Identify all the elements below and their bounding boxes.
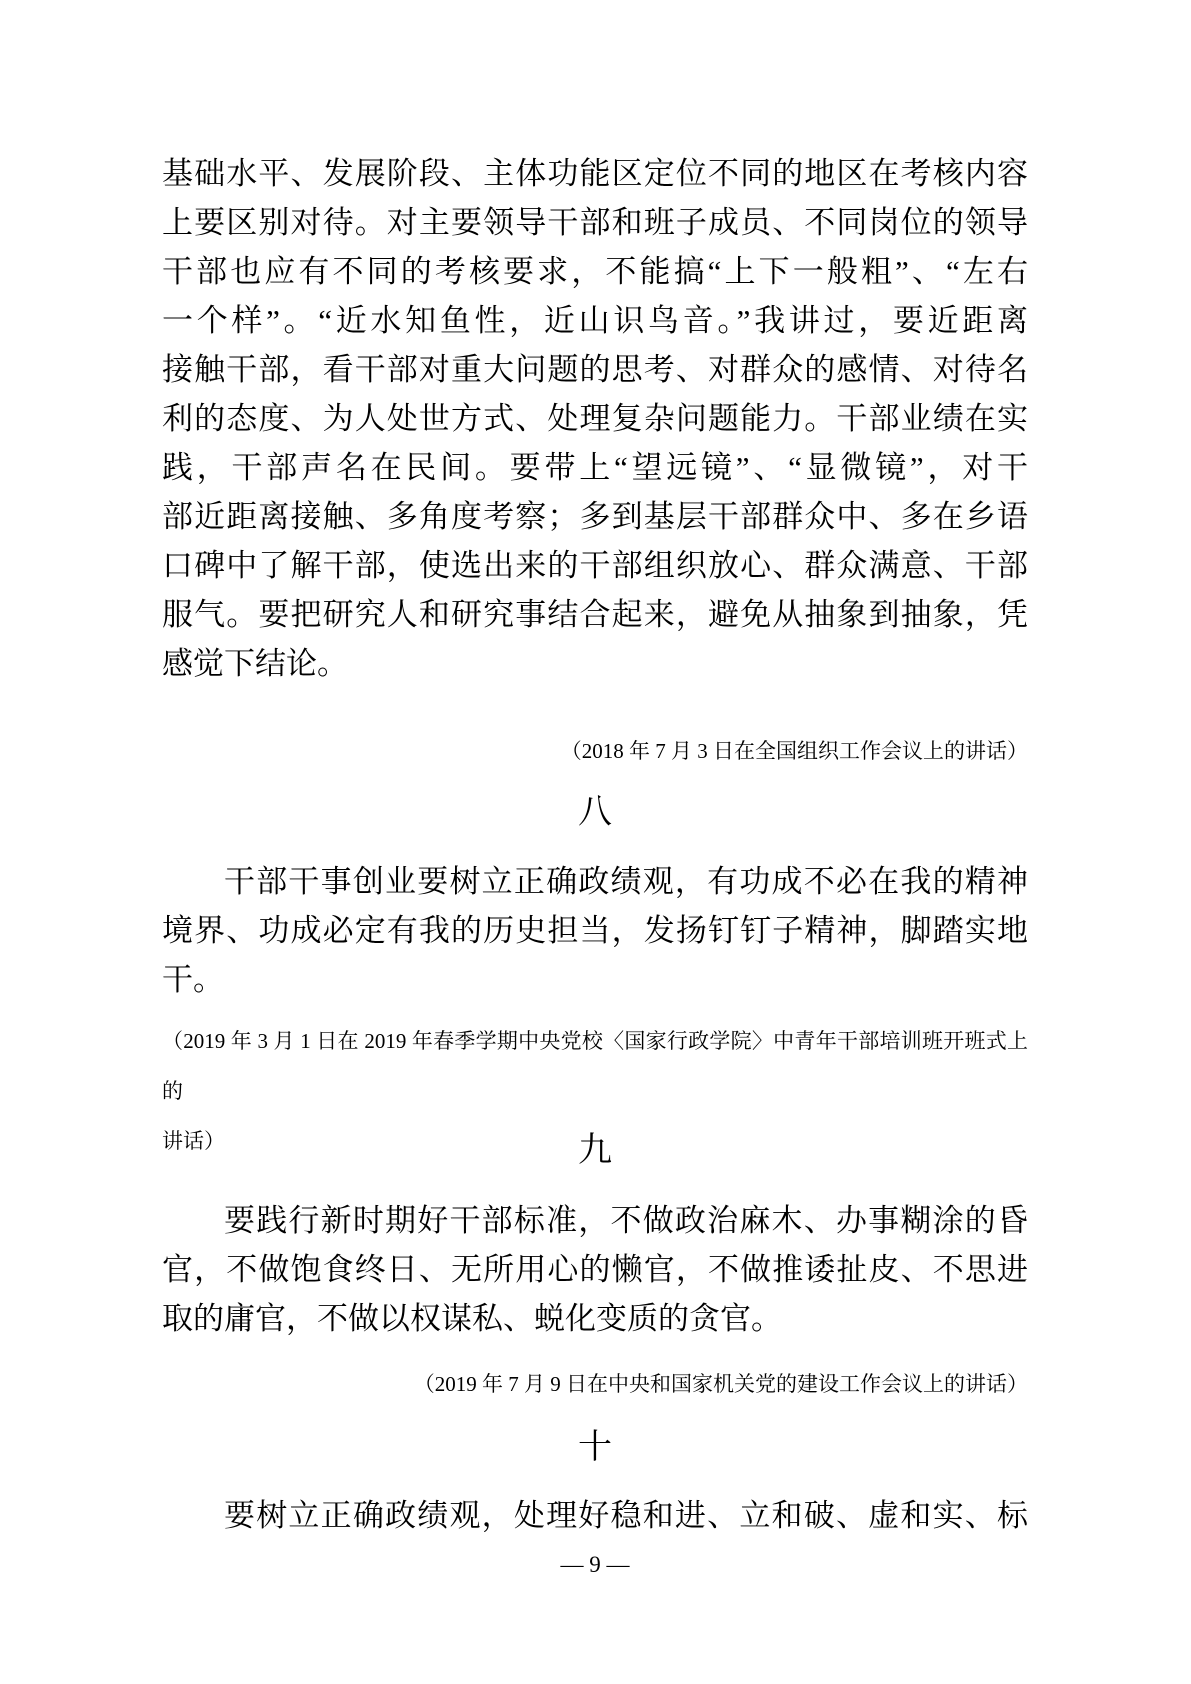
paragraph-line: 境界、功成必定有我的历史担当，发扬钉钉子精神，脚踏实地 bbox=[162, 906, 1028, 955]
paragraph-line: 一个样”。“近水知鱼性，近山识鸟音。”我讲过，要近距离 bbox=[162, 296, 1028, 345]
paragraph-line: 官，不做饱食终日、无所用心的懒官，不做推诿扯皮、不思进 bbox=[162, 1245, 1028, 1294]
paragraph-line: 部近距离接触、多角度考察；多到基层干部群众中、多在乡语 bbox=[162, 492, 1028, 541]
paragraph-line: 干部也应有不同的考核要求，不能搞“上下一般粗”、“左右 bbox=[162, 247, 1028, 296]
speech-citation: （2019 年 7 月 9 日在中央和国家机关党的建设工作会议上的讲话） bbox=[414, 1369, 1028, 1399]
document-page: 基础水平、发展阶段、主体功能区定位不同的地区在考核内容 上要区别对待。对主要领导… bbox=[0, 0, 1191, 1684]
section-eight-paragraph: 干部干事创业要树立正确政绩观，有功成不必在我的精神 境界、功成必定有我的历史担当… bbox=[162, 857, 1028, 1004]
intro-paragraph: 基础水平、发展阶段、主体功能区定位不同的地区在考核内容 上要区别对待。对主要领导… bbox=[162, 149, 1028, 688]
section-ten-paragraph: 要树立正确政绩观，处理好稳和进、立和破、虚和实、标 bbox=[162, 1491, 1028, 1540]
citation-line: （2019 年 3 月 1 日在 2019 年春季学期中央党校〈国家行政学院〉中… bbox=[162, 1016, 1028, 1116]
paragraph-line: 上要区别对待。对主要领导干部和班子成员、不同岗位的领导 bbox=[162, 198, 1028, 247]
paragraph-line: 感觉下结论。 bbox=[162, 639, 1028, 688]
paragraph-line: 基础水平、发展阶段、主体功能区定位不同的地区在考核内容 bbox=[162, 149, 1028, 198]
section-nine-paragraph: 要践行新时期好干部标准，不做政治麻木、办事糊涂的昏 官，不做饱食终日、无所用心的… bbox=[162, 1196, 1028, 1343]
page-number: — 9 — bbox=[162, 1550, 1028, 1580]
paragraph-line: 口碑中了解干部，使选出来的干部组织放心、群众满意、干部 bbox=[162, 541, 1028, 590]
paragraph-line: 干。 bbox=[162, 955, 1028, 1004]
section-heading-ten: 十 bbox=[162, 1428, 1028, 1468]
paragraph-line: 干部干事创业要树立正确政绩观，有功成不必在我的精神 bbox=[162, 857, 1028, 906]
paragraph-line: 接触干部，看干部对重大问题的思考、对群众的感情、对待名 bbox=[162, 345, 1028, 394]
paragraph-line: 利的态度、为人处世方式、处理复杂问题能力。干部业绩在实 bbox=[162, 394, 1028, 443]
paragraph-line: 服气。要把研究人和研究事结合起来，避免从抽象到抽象，凭 bbox=[162, 590, 1028, 639]
paragraph-line: 要树立正确政绩观，处理好稳和进、立和破、虚和实、标 bbox=[162, 1491, 1028, 1540]
paragraph-line: 取的庸官，不做以权谋私、蜕化变质的贪官。 bbox=[162, 1294, 1028, 1343]
paragraph-line: 践，干部声名在民间。要带上“望远镜”、“显微镜”，对干 bbox=[162, 443, 1028, 492]
section-heading-nine: 九 bbox=[162, 1131, 1028, 1171]
paragraph-line: 要践行新时期好干部标准，不做政治麻木、办事糊涂的昏 bbox=[162, 1196, 1028, 1245]
speech-citation: （2018 年 7 月 3 日在全国组织工作会议上的讲话） bbox=[561, 736, 1028, 766]
section-heading-eight: 八 bbox=[162, 793, 1028, 833]
